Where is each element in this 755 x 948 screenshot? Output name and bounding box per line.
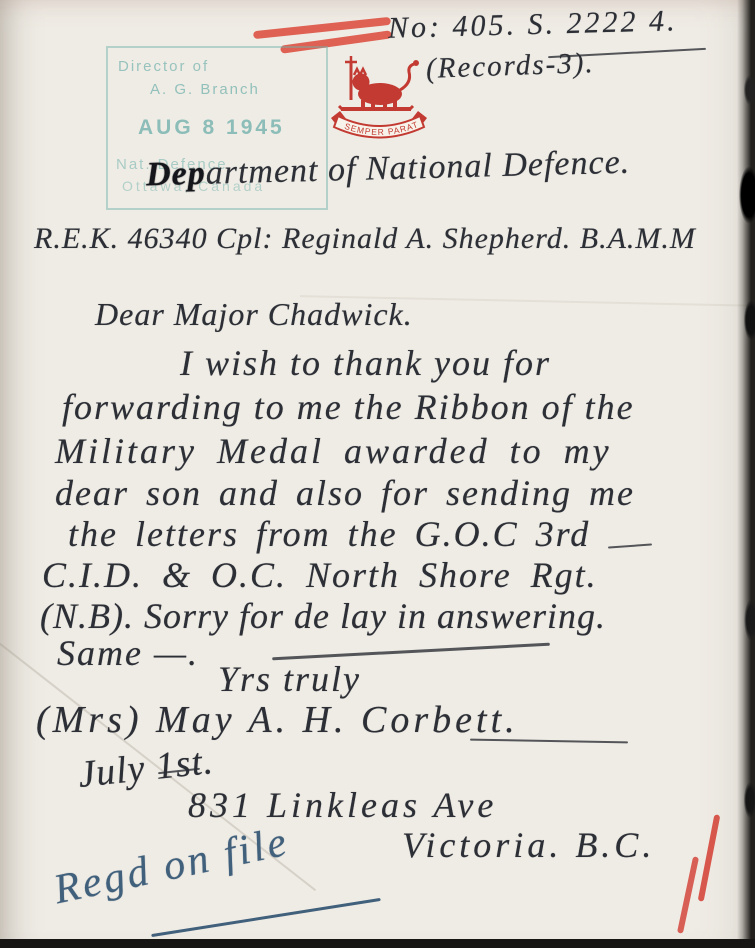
body-line: Military Medal awarded to my bbox=[55, 430, 612, 472]
check-stroke bbox=[698, 814, 721, 902]
pen-stroke bbox=[470, 739, 628, 744]
body-line: forwarding to me the Ribbon of the bbox=[62, 386, 635, 428]
blue-pen-flourish bbox=[151, 898, 381, 937]
file-number: No: 405. S. 2222 4. bbox=[388, 4, 678, 46]
body-line: Same —. bbox=[57, 632, 199, 674]
red-crayon-checkmark bbox=[678, 812, 733, 937]
body-line: I wish to thank you for bbox=[180, 342, 551, 384]
scanned-letter-page: No: 405. S. 2222 4. (Records-3). Directo… bbox=[0, 0, 755, 948]
signature-name: (Mrs) May A. H. Corbett. bbox=[36, 698, 519, 742]
records-note: (Records-3). bbox=[425, 47, 595, 86]
regimental-crest: SEMPER PARATUS bbox=[323, 52, 435, 163]
check-stroke bbox=[677, 856, 699, 934]
pen-stroke bbox=[608, 543, 652, 548]
department-letterhead-bold: Dep bbox=[146, 155, 207, 194]
stamp-branch-line: A. G. Branch bbox=[150, 81, 260, 98]
address-line: 831 Linkleas Ave bbox=[188, 784, 497, 826]
scan-torn-edge bbox=[737, 0, 755, 948]
registry-note: Regd on file bbox=[50, 818, 294, 915]
stamp-date: AUG 8 1945 bbox=[138, 116, 285, 140]
address-line: Victoria. B.C. bbox=[402, 824, 655, 866]
service-reference-line: R.E.K. 46340 Cpl: Reginald A. Shepherd. … bbox=[34, 222, 696, 256]
crest-lion-icon: SEMPER PARATUS bbox=[323, 52, 435, 158]
body-line: (N.B). Sorry for de lay in answering. bbox=[40, 595, 606, 637]
body-line: the letters from the G.O.C 3rd bbox=[68, 513, 590, 555]
valediction: Yrs truly bbox=[218, 658, 361, 700]
body-line: C.I.D. & O.C. North Shore Rgt. bbox=[42, 554, 598, 596]
stamp-office-line: Director of bbox=[118, 58, 209, 75]
body-line: dear son and also for sending me bbox=[55, 472, 635, 514]
scan-bottom-edge bbox=[0, 939, 755, 948]
salutation: Dear Major Chadwick. bbox=[95, 296, 413, 333]
